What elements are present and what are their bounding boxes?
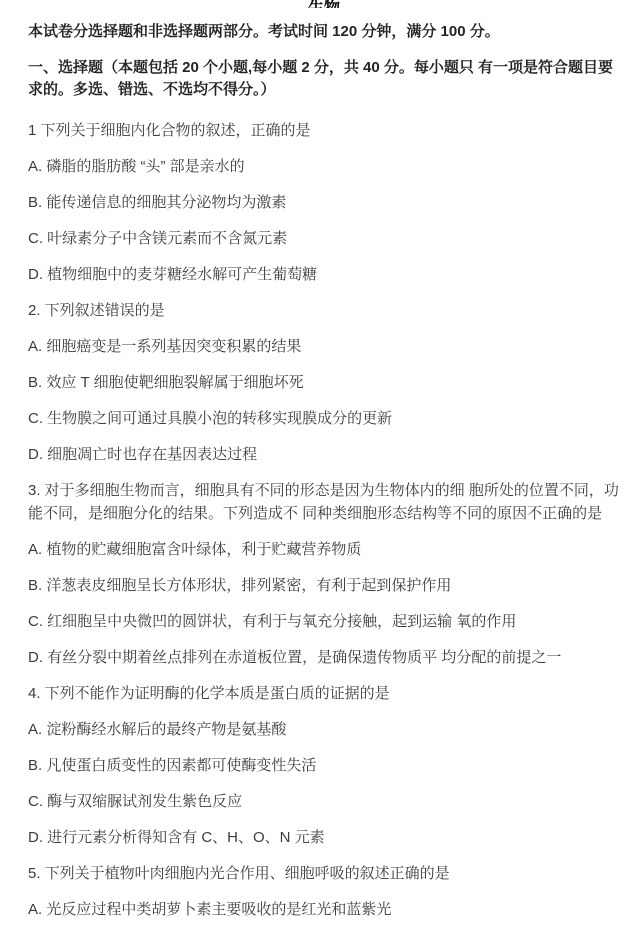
question-2-stem: 2. 下列叙述错误的是 [28,299,620,322]
exam-paper: 生物 本试卷分选择题和非选择题两部分。考试时间 120 分钟，满分 100 分。… [0,0,640,921]
question-2: 2. 下列叙述错误的是 A. 细胞癌变是一系列基因突变积累的结果 B. 效应 T… [28,299,620,466]
question-3-option-d: D. 有丝分裂中期着丝点排列在赤道板位置，是确保遗传物质平 均分配的前提之一 [28,646,620,669]
question-4-option-d: D. 进行元素分析得知含有 C、H、O、N 元素 [28,826,620,849]
section-header: 一、选择题（本题包括 20 个小题,每小题 2 分，共 40 分。每小题只 有一… [28,57,620,101]
question-4-stem: 4. 下列不能作为证明酶的化学本质是蛋白质的证据的是 [28,682,620,705]
question-2-option-b: B. 效应 T 细胞使靶细胞裂解属于细胞坏死 [28,371,620,394]
question-4-option-a: A. 淀粉酶经水解后的最终产物是氨基酸 [28,718,620,741]
question-1-option-b: B. 能传递信息的细胞其分泌物均为激素 [28,191,620,214]
question-1-option-a: A. 磷脂的脂肪酸 “头” 部是亲水的 [28,155,620,178]
question-3-option-b: B. 洋葱表皮细胞呈长方体形状，排列紧密，有利于起到保护作用 [28,574,620,597]
question-5-stem: 5. 下列关于植物叶肉细胞内光合作用、细胞呼吸的叙述正确的是 [28,862,620,885]
question-3: 3. 对于多细胞生物而言，细胞具有不同的形态是因为生物体内的细 胞所处的位置不同… [28,479,620,669]
question-2-option-c: C. 生物膜之间可通过具膜小泡的转移实现膜成分的更新 [28,407,620,430]
question-1: 1 下列关于细胞内化合物的叙述，正确的是 A. 磷脂的脂肪酸 “头” 部是亲水的… [28,119,620,286]
exam-info-line: 本试卷分选择题和非选择题两部分。考试时间 120 分钟，满分 100 分。 [28,20,620,43]
question-4-option-b: B. 凡使蛋白质变性的因素都可使酶变性失活 [28,754,620,777]
question-5: 5. 下列关于植物叶肉细胞内光合作用、细胞呼吸的叙述正确的是 A. 光反应过程中… [28,862,620,921]
question-3-option-c: C. 红细胞呈中央微凹的圆饼状，有利于与氧充分接触，起到运输 氧的作用 [28,610,620,633]
question-4-option-c: C. 酶与双缩脲试剂发生紫色反应 [28,790,620,813]
question-1-option-c: C. 叶绿素分子中含镁元素而不含氮元素 [28,227,620,250]
question-2-option-a: A. 细胞癌变是一系列基因突变积累的结果 [28,335,620,358]
question-5-option-a: A. 光反应过程中类胡萝卜素主要吸收的是红光和蓝紫光 [28,898,620,921]
question-3-option-a: A. 植物的贮藏细胞富含叶绿体，利于贮藏营养物质 [28,538,620,561]
page-title-text: 生物 [308,0,340,8]
page-title-clipped: 生物 [28,0,620,8]
question-1-option-d: D. 植物细胞中的麦芽糖经水解可产生葡萄糖 [28,263,620,286]
question-1-stem: 1 下列关于细胞内化合物的叙述，正确的是 [28,119,620,142]
question-2-option-d: D. 细胞凋亡时也存在基因表达过程 [28,443,620,466]
question-3-stem: 3. 对于多细胞生物而言，细胞具有不同的形态是因为生物体内的细 胞所处的位置不同… [28,479,620,525]
question-4: 4. 下列不能作为证明酶的化学本质是蛋白质的证据的是 A. 淀粉酶经水解后的最终… [28,682,620,849]
